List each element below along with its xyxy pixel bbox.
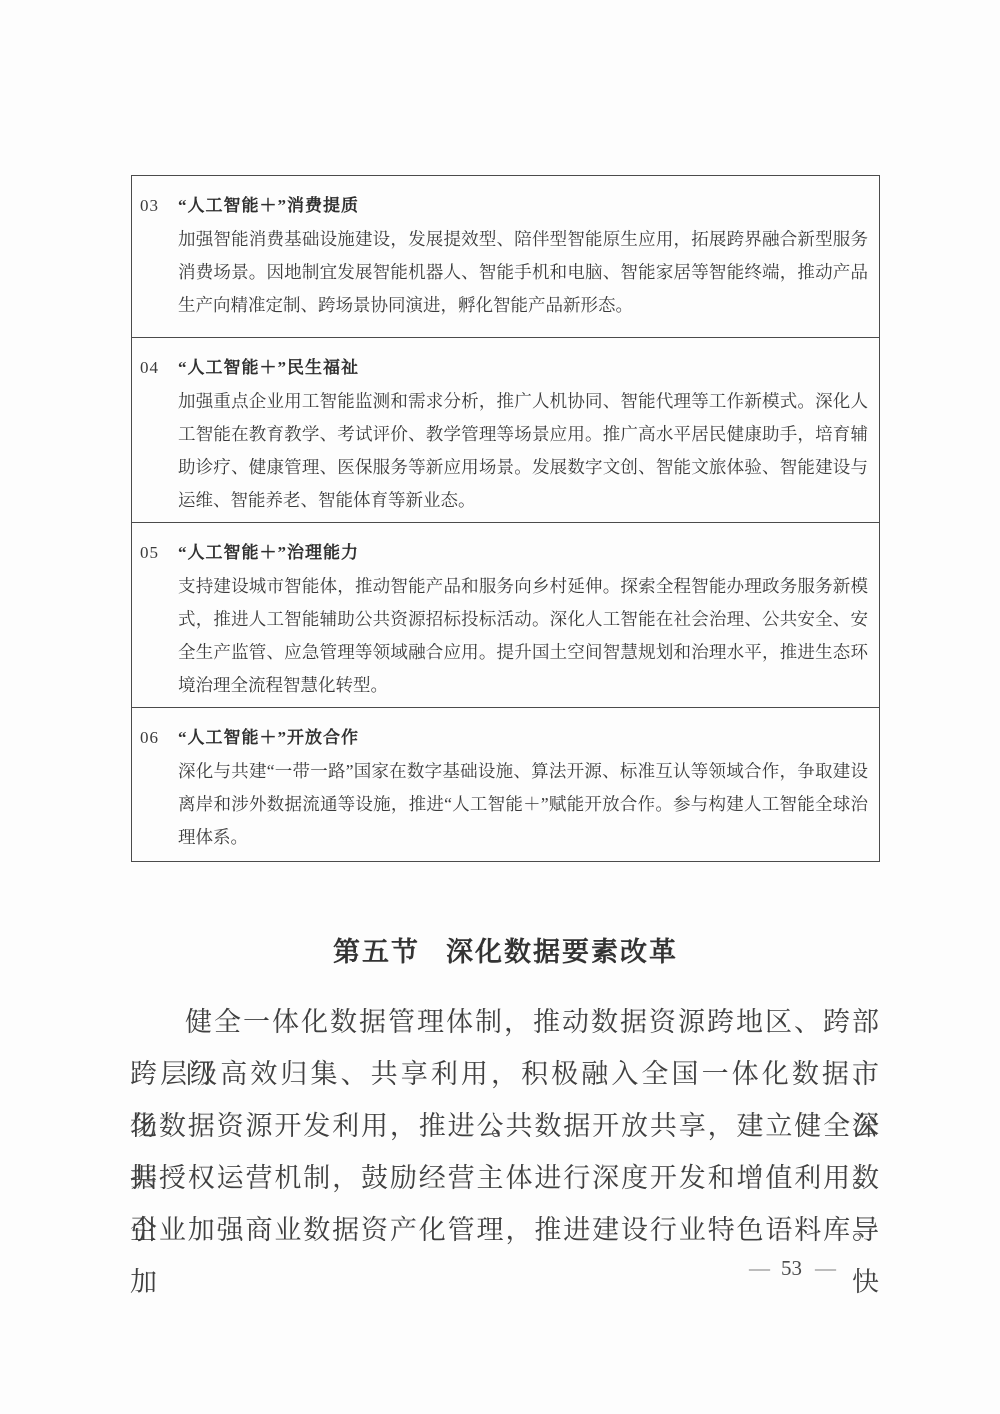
callout-item-03: 03 “人工智能＋”消费提质 加强智能消费基础设施建设，发展提效型、陪伴型智能原… xyxy=(132,176,879,337)
item-title: “人工智能＋”消费提质 xyxy=(178,192,359,219)
body-paragraph: 健全一体化数据管理体制，推动数据资源跨地区、跨部门、 跨层级高效归集、共享利用，… xyxy=(130,996,880,1256)
page-number: 53 xyxy=(781,1256,802,1280)
ai-plus-callout-box: 03 “人工智能＋”消费提质 加强智能消费基础设施建设，发展提效型、陪伴型智能原… xyxy=(131,175,880,862)
item-number: 06 xyxy=(140,724,178,751)
page-number-footer: —53— xyxy=(131,1256,847,1281)
item-number: 03 xyxy=(140,192,178,219)
callout-item-header: 05 “人工智能＋”治理能力 xyxy=(140,539,868,566)
callout-item-04: 04 “人工智能＋”民生福祉 加强重点企业用工智能监测和需求分析，推广人机协同、… xyxy=(132,337,879,522)
paragraph-line: 化数据资源开发利用，推进公共数据开放共享，建立健全公共数 xyxy=(130,1100,880,1152)
footer-dash-left: — xyxy=(749,1256,768,1280)
item-body: 深化与共建“一带一路”国家在数字基础设施、算法开源、标准互认等领域合作，争取建设… xyxy=(178,755,868,854)
item-title: “人工智能＋”民生福祉 xyxy=(178,354,359,381)
callout-item-header: 06 “人工智能＋”开放合作 xyxy=(140,724,868,751)
section-title: 深化数据要素改革 xyxy=(446,937,678,967)
paragraph-line: 据授权运营机制，鼓励经营主体进行深度开发和增值利用。引导 xyxy=(130,1152,880,1204)
item-body: 加强智能消费基础设施建设，发展提效型、陪伴型智能原生应用，拓展跨界融合新型服务消… xyxy=(178,223,868,322)
footer-dash-right: — xyxy=(815,1256,834,1280)
item-title: “人工智能＋”开放合作 xyxy=(178,724,359,751)
callout-item-header: 03 “人工智能＋”消费提质 xyxy=(140,192,868,219)
document-page: 03 “人工智能＋”消费提质 加强智能消费基础设施建设，发展提效型、陪伴型智能原… xyxy=(0,0,1000,1414)
callout-item-06: 06 “人工智能＋”开放合作 深化与共建“一带一路”国家在数字基础设施、算法开源… xyxy=(132,707,879,861)
section-heading: 第五节深化数据要素改革 xyxy=(131,930,880,969)
paragraph-line: 健全一体化数据管理体制，推动数据资源跨地区、跨部门、 xyxy=(130,996,880,1048)
callout-item-05: 05 “人工智能＋”治理能力 支持建设城市智能体，推动智能产品和服务向乡村延伸。… xyxy=(132,522,879,707)
item-number: 05 xyxy=(140,539,178,566)
item-title: “人工智能＋”治理能力 xyxy=(178,539,359,566)
paragraph-line: 企业加强商业数据资产化管理，推进建设行业特色语料库。加快 xyxy=(130,1204,880,1256)
paragraph-line: 跨层级高效归集、共享利用，积极融入全国一体化数据市场。深 xyxy=(130,1048,880,1100)
callout-item-header: 04 “人工智能＋”民生福祉 xyxy=(140,354,868,381)
item-body: 加强重点企业用工智能监测和需求分析，推广人机协同、智能代理等工作新模式。深化人工… xyxy=(178,385,868,517)
item-body: 支持建设城市智能体，推动智能产品和服务向乡村延伸。探索全程智能办理政务服务新模式… xyxy=(178,570,868,702)
section-number-label: 第五节 xyxy=(333,937,420,967)
item-number: 04 xyxy=(140,354,178,381)
